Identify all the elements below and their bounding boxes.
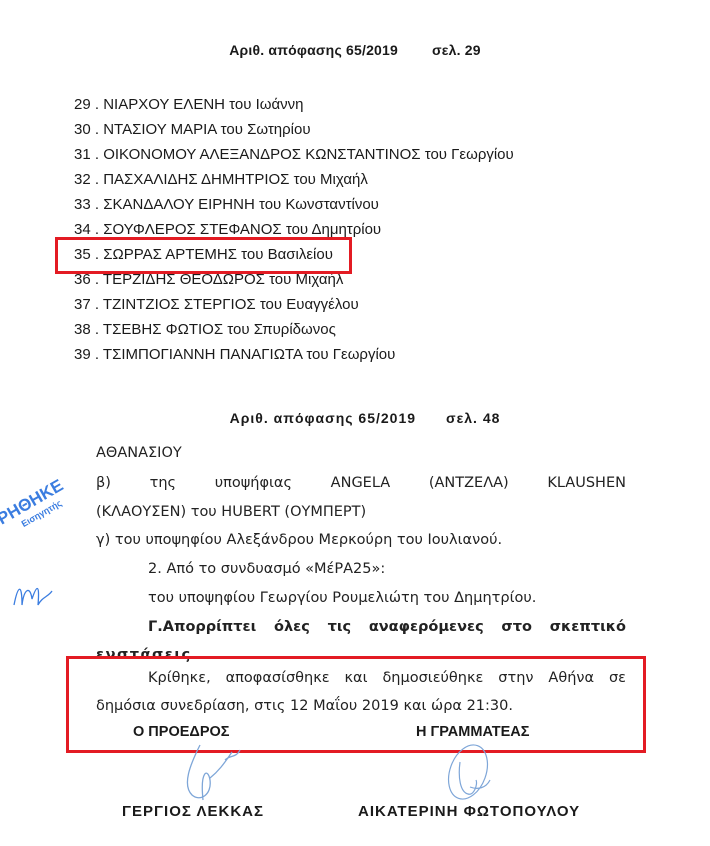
word: όλες bbox=[274, 619, 310, 635]
word: ANGELA bbox=[331, 475, 391, 491]
word: KLAUSHEN bbox=[547, 475, 626, 491]
page-header-48: Αριθ. απόφασης 65/2019σελ. 48 bbox=[10, 410, 710, 426]
candidate-father: του Γεωργίου bbox=[425, 146, 514, 163]
president-name: ΓΕΡΓΙΟΣ ΛΕΚΚΑΣ bbox=[122, 803, 264, 820]
highlight-box-candidate-35 bbox=[55, 237, 352, 274]
list-separator: . bbox=[91, 146, 104, 163]
candidate-number: 32 bbox=[74, 171, 91, 188]
candidate-number: 31 bbox=[74, 146, 91, 163]
word: Γ.Απορρίπτει bbox=[148, 619, 256, 635]
candidate-name: ΝΤΑΣΙΟΥ ΜΑΡΙΑ bbox=[103, 121, 216, 138]
list-separator: . bbox=[91, 171, 104, 188]
athanasiou-line: ΑΘΑΝΑΣΙΟΥ bbox=[96, 445, 182, 461]
secretary-name: ΑΙΚΑΤΕΡΙΝΗ ΦΩΤΟΠΟΥΛΟΥ bbox=[358, 803, 580, 820]
list-separator: . bbox=[91, 296, 103, 313]
section-2-title: 2. Από το συνδυασμό «ΜέΡΑ25»: bbox=[148, 561, 385, 577]
rejection-line: Γ.Απορρίπτειόλεςτιςαναφερόμενεςστοσκεπτι… bbox=[148, 619, 626, 635]
highlight-box-conclusion bbox=[66, 656, 646, 753]
page-header-29: Αριθ. απόφασης 65/2019σελ. 29 bbox=[0, 42, 710, 58]
candidate-number: 37 bbox=[74, 296, 91, 313]
list-separator: . bbox=[91, 96, 104, 113]
candidate-number: 29 bbox=[74, 96, 91, 113]
word: τις bbox=[328, 619, 352, 635]
candidate-father: του Ιωάννη bbox=[229, 96, 303, 113]
candidate-item: 39 . ΤΣΙΜΠΟΓΙΑΝΝΗ ΠΑΝΑΓΙΩΤΑ του Γεωργίου bbox=[74, 342, 514, 367]
word: της bbox=[150, 475, 176, 491]
candidate-b-line-2: (ΚΛΑΟΥΣΕΝ) του HUBERT (ΟΥΜΠΕΡΤ) bbox=[96, 504, 366, 520]
candidate-number: 33 bbox=[74, 196, 91, 213]
candidate-father: του Γεωργίου bbox=[306, 346, 395, 363]
decision-number: Αριθ. απόφασης 65/2019 bbox=[230, 410, 416, 426]
candidate-name: ΤΣΙΜΠΟΓΙΑΝΝΗ ΠΑΝΑΓΙΩΤΑ bbox=[103, 346, 302, 363]
candidate-item: 37 . ΤΖΙΝΤΖΙΟΣ ΣΤΕΡΓΙΟΣ του Ευαγγέλου bbox=[74, 292, 514, 317]
word: υποψήφιας bbox=[215, 475, 292, 491]
candidate-father: του Σωτηρίου bbox=[221, 121, 311, 138]
rapporteur-stamp: ΡΗΘΗΚΕ Εισηγητής bbox=[0, 476, 72, 538]
candidate-number: 34 bbox=[74, 221, 91, 238]
candidate-item: 31 . ΟΙΚΟΝΟΜΟΥ ΑΛΕΞΑΝΔΡΟΣ ΚΩΝΣΤΑΝΤΙΝΟΣ τ… bbox=[74, 142, 514, 167]
list-separator: . bbox=[91, 221, 104, 238]
candidate-name: ΝΙΑΡΧΟΥ ΕΛΕΝΗ bbox=[103, 96, 225, 113]
list-separator: . bbox=[91, 321, 103, 338]
list-separator: . bbox=[91, 196, 104, 213]
word: στο bbox=[501, 619, 532, 635]
secretary-signature-icon bbox=[430, 742, 510, 812]
candidate-name: ΤΣΕΒΗΣ ΦΩΤΙΟΣ bbox=[103, 321, 223, 338]
stamp-signature-icon bbox=[8, 575, 58, 615]
decision-number: Αριθ. απόφασης 65/2019 bbox=[229, 42, 398, 58]
president-signature-icon bbox=[170, 740, 260, 810]
candidate-name: ΣΚΑΝΔΑΛΟΥ ΕΙΡΗΝΗ bbox=[103, 196, 255, 213]
word: αναφερόμενες bbox=[369, 619, 484, 635]
candidate-name: ΣΟΥΦΛΕΡΟΣ ΣΤΕΦΑΝΟΣ bbox=[103, 221, 281, 238]
candidate-item: 32 . ΠΑΣΧΑΛΙΔΗΣ ΔΗΜΗΤΡΙΟΣ του Μιχαήλ bbox=[74, 167, 514, 192]
candidate-father: του Σπυρίδωνος bbox=[227, 321, 336, 338]
candidate-father: του Δημητρίου bbox=[286, 221, 381, 238]
candidate-item: 33 . ΣΚΑΝΔΑΛΟΥ ΕΙΡΗΝΗ του Κωνσταντίνου bbox=[74, 192, 514, 217]
candidate-number: 38 bbox=[74, 321, 91, 338]
candidate-item: 30 . ΝΤΑΣΙΟΥ ΜΑΡΙΑ του Σωτηρίου bbox=[74, 117, 514, 142]
list-separator: . bbox=[91, 346, 103, 363]
candidate-father: του Κωνσταντίνου bbox=[259, 196, 379, 213]
candidate-item: 38 . ΤΣΕΒΗΣ ΦΩΤΙΟΣ του Σπυρίδωνος bbox=[74, 317, 514, 342]
page-number: σελ. 29 bbox=[432, 42, 481, 58]
candidate-name: ΠΑΣΧΑΛΙΔΗΣ ΔΗΜΗΤΡΙΟΣ bbox=[103, 171, 289, 188]
section-2-candidate: του υποψηφίου Γεωργίου Ρουμελιώτη του Δη… bbox=[148, 590, 536, 606]
word: (ΑΝΤΖΕΛΑ) bbox=[429, 475, 509, 491]
candidate-b-line: β)τηςυποψήφιαςANGELA(ΑΝΤΖΕΛΑ)KLAUSHEN bbox=[96, 475, 626, 491]
candidate-c-line: γ) του υποψηφίου Αλεξάνδρου Μερκούρη του… bbox=[96, 532, 502, 548]
candidate-father: του Ευαγγέλου bbox=[260, 296, 359, 313]
word: β) bbox=[96, 475, 111, 491]
page-number: σελ. 48 bbox=[446, 410, 500, 426]
candidate-list: 29 . ΝΙΑΡΧΟΥ ΕΛΕΝΗ του Ιωάννη30 . ΝΤΑΣΙΟ… bbox=[74, 92, 514, 367]
word: σκεπτικό bbox=[550, 619, 626, 635]
candidate-number: 39 bbox=[74, 346, 91, 363]
candidate-item: 29 . ΝΙΑΡΧΟΥ ΕΛΕΝΗ του Ιωάννη bbox=[74, 92, 514, 117]
candidate-number: 30 bbox=[74, 121, 91, 138]
candidate-name: ΤΖΙΝΤΖΙΟΣ ΣΤΕΡΓΙΟΣ bbox=[103, 296, 256, 313]
candidate-name: ΟΙΚΟΝΟΜΟΥ ΑΛΕΞΑΝΔΡΟΣ ΚΩΝΣΤΑΝΤΙΝΟΣ bbox=[103, 146, 420, 163]
candidate-father: του Μιχαήλ bbox=[294, 171, 368, 188]
list-separator: . bbox=[91, 121, 104, 138]
